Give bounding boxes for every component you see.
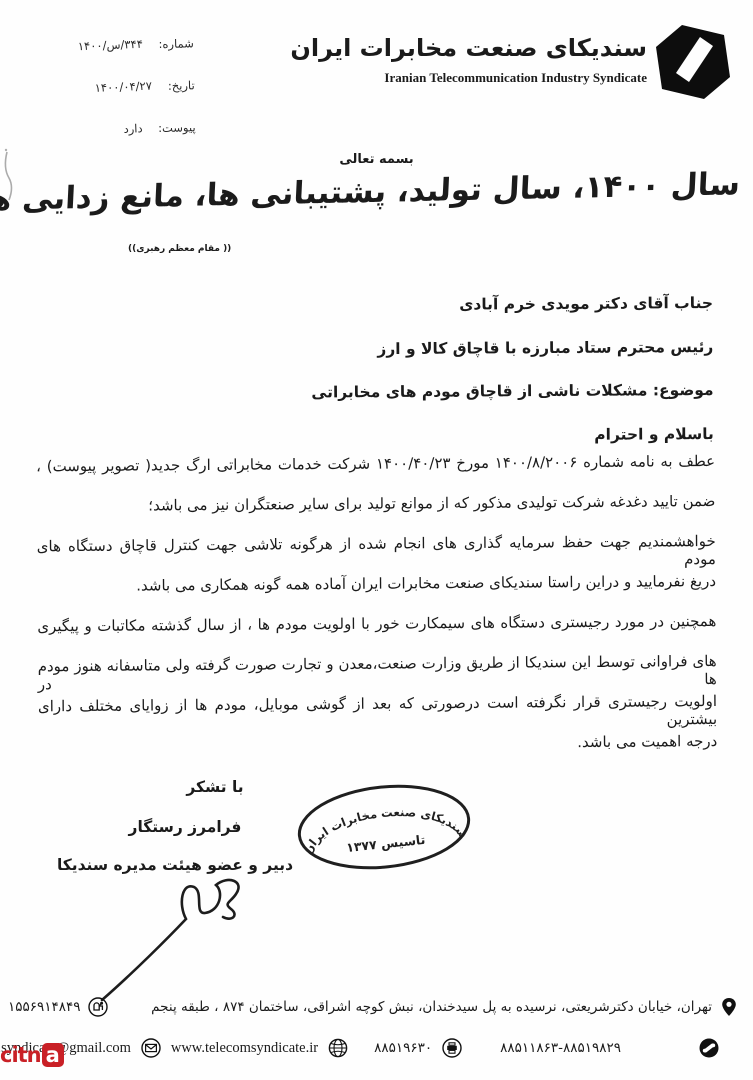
fax-printer-icon <box>442 1038 462 1058</box>
letterhead-titles: سندیکای صنعت مخابرات ایران Iranian Telec… <box>290 24 647 86</box>
letter-attachment-field: پیوست: دارد <box>30 120 195 137</box>
footer-contact-row: ۸۸۵۱۱۸۶۳-۸۸۵۱۹۸۲۹ ۸۸۵۱۹۶۳۰ www.telecomsy… <box>8 1038 719 1058</box>
letter-number-field: شماره: ۳۴۴/س/۱۴۰۰ <box>29 36 194 53</box>
besmellah-line: بسمه تعالی <box>0 152 753 167</box>
recipient-name-line: جناب آقای دکتر مویدی خرم آبادی <box>36 294 713 342</box>
syndicate-logo-icon <box>655 24 731 100</box>
body-line: درجه اهمیت می باشد. <box>38 732 717 777</box>
letter-date-value: ۱۴۰۰/۰۴/۲۷ <box>95 79 153 95</box>
signer-name: فرامرز رستگار <box>90 818 280 836</box>
org-name-english: Iranian Telecommunication Industry Syndi… <box>384 70 647 86</box>
body-line: های فراوانی توسط این سندیکا از طریق وزار… <box>38 652 717 697</box>
envelope-icon <box>141 1038 161 1058</box>
letter-body: عطف به نامه شماره ۱۴۰۰/۸/۲۰۰۶ مورخ ۱۴۰۰/… <box>36 452 717 777</box>
letter-date-label: تاریخ: <box>168 78 195 93</box>
year-slogan-calligraphy: سال ۱۴۰۰، سال تولید، پشتیبانی ها، مانع ز… <box>0 166 741 218</box>
syndicate-stamp: سندیکای صنعت مخابرات ایران تاسیس ۱۳۷۷ <box>290 773 478 881</box>
citna-logo-text: citn <box>0 1043 41 1067</box>
letter-number-value: ۳۴۴/س/۱۴۰۰ <box>77 37 143 53</box>
body-line: ضمن تایید دغدغه شرکت تولیدی مذکور که از … <box>36 492 715 537</box>
letterhead-brand: سندیکای صنعت مخابرات ایران Iranian Telec… <box>290 24 731 100</box>
body-line: عطف به نامه شماره ۱۴۰۰/۸/۲۰۰۶ مورخ ۱۴۰۰/… <box>36 452 715 497</box>
handwritten-signature <box>92 872 272 1007</box>
mailbox-icon <box>88 997 108 1017</box>
body-line: همچنین در مورد رجیستری دستگاه های سیمکار… <box>37 612 716 657</box>
stamp-oval-icon: سندیکای صنعت مخابرات ایران تاسیس ۱۳۷۷ <box>290 773 478 881</box>
citna-logo-accent: a <box>42 1043 64 1067</box>
address-group: تهران، خیابان دکترشریعتی، نرسیده به پل س… <box>151 997 739 1017</box>
org-name-farsi: سندیکای صنعت مخابرات ایران <box>290 34 647 62</box>
letter-meta-block: شماره: ۳۴۴/س/۱۴۰۰ تاریخ: ۱۴۰۰/۰۴/۲۷ پیوس… <box>29 36 197 165</box>
phone-numbers: ۸۸۵۱۱۸۶۳-۸۸۵۱۹۸۲۹ <box>500 1040 621 1056</box>
pobox-number: ۱۵۵۶۹۱۴۸۴۹ <box>8 999 81 1015</box>
stamp-est-text: تاسیس ۱۳۷۷ <box>345 832 425 855</box>
scan-artifact-mark <box>0 146 18 236</box>
subject-line: موضوع: مشکلات ناشی از قاچاق مودم های مخا… <box>37 381 714 429</box>
fax-number: ۸۸۵۱۹۶۳۰ <box>374 1040 432 1056</box>
letter-attachment-label: پیوست: <box>158 120 196 135</box>
letter-number-label: شماره: <box>158 36 194 51</box>
citna-logo: citn a <box>0 1043 64 1067</box>
footer-address-row: تهران، خیابان دکترشریعتی، نرسیده به پل س… <box>8 997 739 1017</box>
slogan-attribution: (( مقام معظم رهبری)) <box>128 244 231 254</box>
address-text: تهران، خیابان دکترشریعتی، نرسیده به پل س… <box>151 999 712 1015</box>
body-line: دریغ نفرمایید و دراین راستا سندیکای صنعت… <box>37 572 716 617</box>
pobox-group: ۱۵۵۶۹۱۴۸۴۹ <box>8 997 108 1017</box>
website-url: www.telecomsyndicate.ir <box>171 1040 318 1057</box>
letter-date-field: تاریخ: ۱۴۰۰/۰۴/۲۷ <box>30 78 195 95</box>
letter-attachment-value: دارد <box>123 121 143 136</box>
body-line: خواهشمندیم جهت حفظ سرمایه گذاری های انجا… <box>37 532 716 577</box>
location-pin-icon <box>719 997 739 1017</box>
recipient-title-line: رئیس محترم ستاد مبارزه با قاچاق کالا و ا… <box>36 337 713 385</box>
body-line: اولویت رجیستری قرار نگرفته است درصورتی ک… <box>38 692 717 737</box>
phone-icon <box>699 1038 719 1058</box>
closing-thanks: با تشکر <box>150 778 280 796</box>
globe-icon <box>328 1038 348 1058</box>
recipient-block: جناب آقای دکتر مویدی خرم آبادی رئیس محتر… <box>36 294 714 472</box>
scanned-letter-page: شماره: ۳۴۴/س/۱۴۰۰ تاریخ: ۱۴۰۰/۰۴/۲۷ پیوس… <box>0 0 753 1080</box>
